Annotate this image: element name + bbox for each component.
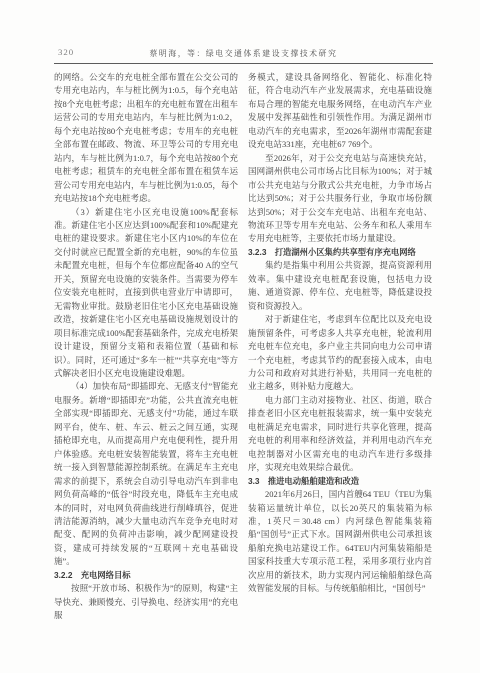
body-text-area: 的网络。公交车的充电桩全部布置在公交公司的专用充电站内，车与桩比例为1:0.5，…: [54, 71, 433, 605]
document-page: 320 蔡明海，等：绿电交通体系建设支撑技术研究 的网络。公交车的充电桩全部布置…: [0, 0, 480, 673]
page-header: 320 蔡明海，等：绿电交通体系建设支撑技术研究: [54, 46, 433, 60]
body-paragraph: 电力部门主动对接物业、社区、街道，联合排查老旧小区充电桩报装需求，统一集中安装充…: [248, 394, 432, 475]
body-paragraph: 务模式，建设具备网络化、智能化、标准化特征，符合电动汽车产业发展需求，充电基础设…: [248, 71, 432, 152]
right-column: 务模式，建设具备网络化、智能化、标准化特征，符合电动汽车产业发展需求，充电基础设…: [248, 71, 432, 596]
header-rule: [54, 63, 433, 64]
running-title: 蔡明海，等：绿电交通体系建设支撑技术研究: [54, 48, 433, 59]
body-paragraph: （4）加快布局“即插即充、无感支付”智能充电服务。新增“即插即充”功能，公共直流…: [54, 380, 238, 568]
body-paragraph: 2021年6月26日，国内首艘64 TEU（TEU为集装箱运量统计单位，以长20…: [248, 488, 432, 596]
section-heading: 3.3 推进电动船舶建造和改造: [248, 475, 432, 488]
body-paragraph: 至2026年，对于公交充电站与高速快充站，国网湖州供电公司市场占比目标为100%…: [248, 152, 432, 246]
body-paragraph: 对于新建住宅，考虑到车位配比以及充电设施预留条件，可考虑多人共享充电桩，轮流利用…: [248, 313, 432, 394]
body-paragraph: （3）新建住宅小区充电设施100%配套标准。新建住宅小区应达到100%配套和10…: [54, 206, 238, 381]
left-column: 的网络。公交车的充电桩全部布置在公交公司的专用充电站内，车与桩比例为1:0.5，…: [54, 71, 238, 623]
body-paragraph: 的网络。公交车的充电桩全部布置在公交公司的专用充电站内，车与桩比例为1:0.5，…: [54, 71, 238, 206]
body-paragraph: 按照“开放市场、积极作为”的原则，构建“主导快充、兼顾慢充、引导换电、经济实用”…: [54, 582, 238, 622]
section-heading: 3.2.3 打造湖州小区集约共享型有序充电网络: [248, 246, 432, 259]
section-heading: 3.2.2 充电网络目标: [54, 569, 238, 582]
body-paragraph: 集约是指集中利用公共资源，提高资源利用效率。集中建设充电桩配套设施，包括电力设施…: [248, 259, 432, 313]
